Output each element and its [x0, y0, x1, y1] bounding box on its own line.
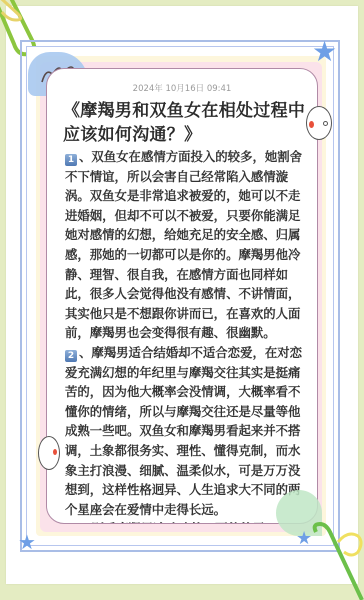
post-card: 2024年 10月16日 09:41 《摩羯男和双鱼女在相处过程中应该如何沟通？… — [46, 68, 318, 524]
post-timestamp: 2024年 10月16日 09:41 — [47, 82, 317, 94]
star-icon: ★ — [18, 532, 36, 552]
paragraph-2: 2、摩羯男适合结婚却不适合恋爱，在对恋爱充满幻想的年纪里与摩羯交往其实是挺痛苦的… — [65, 343, 307, 519]
post-title: 《摩羯男和双鱼女在相处过程中应该如何沟通？》 — [63, 99, 307, 147]
paperclip-icon — [308, 522, 364, 600]
cartoon-face-icon — [306, 106, 332, 140]
number-badge-icon: 2 — [65, 350, 77, 362]
paragraph-text: 、别看摩羯男冷冰冰的，可他的霸 — [79, 521, 265, 524]
paragraph-text: 、摩羯男适合结婚却不适合恋爱，在对恋爱充满幻想的年纪里与摩羯交往其实是挺痛苦的，… — [65, 345, 302, 517]
star-icon: ★ — [312, 38, 337, 66]
post-body: 1、双鱼女在感情方面投入的较多，她割舍不下情谊，所以会害自己经常陷入感情漩涡。双… — [65, 147, 307, 524]
cartoon-face-icon — [38, 436, 60, 470]
paragraph-3: 3、别看摩羯男冷冰冰的，可他的霸 — [65, 519, 307, 524]
number-badge-icon: 1 — [65, 154, 77, 166]
paragraph-1: 1、双鱼女在感情方面投入的较多，她割舍不下情谊，所以会害自己经常陷入感情漩涡。双… — [65, 147, 307, 343]
paragraph-text: 、双鱼女在感情方面投入的较多，她割舍不下情谊，所以会害自己经常陷入感情漩涡。双鱼… — [65, 149, 302, 340]
